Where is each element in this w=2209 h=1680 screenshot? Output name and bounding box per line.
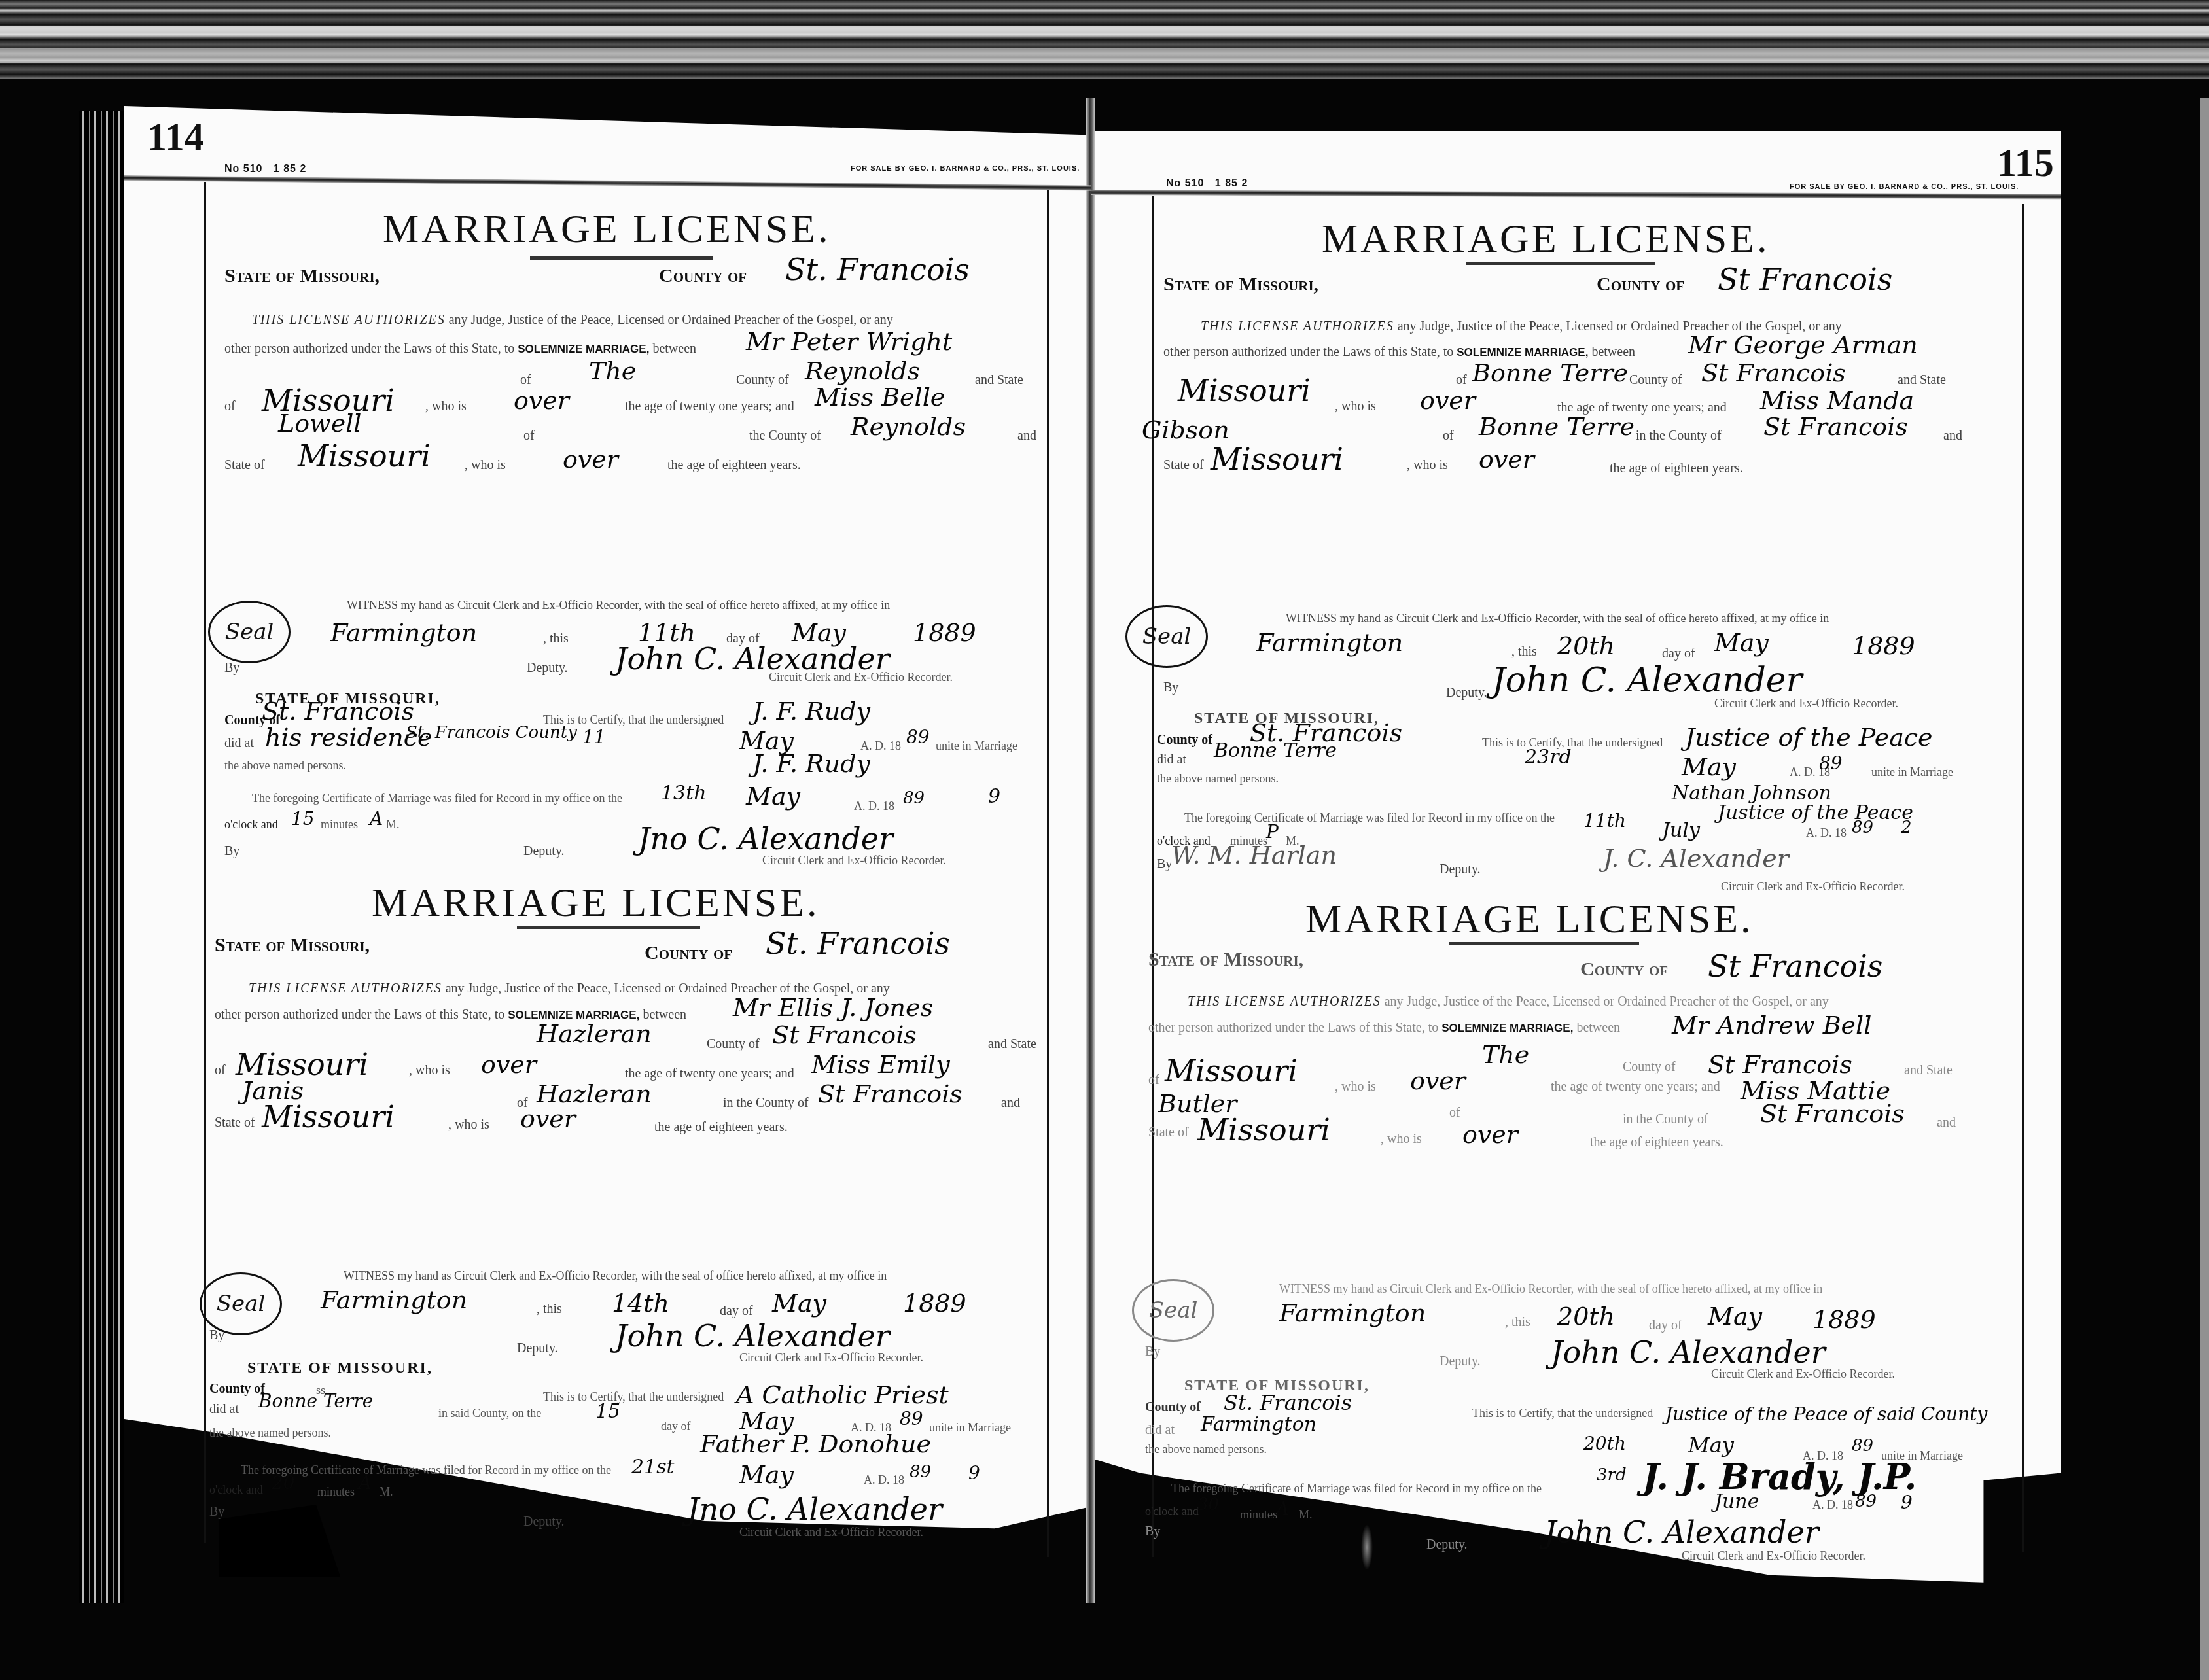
filed-hour: 9: [968, 1462, 980, 1484]
unite-text: unite in Marriage: [936, 739, 1017, 753]
witness-day: 20th: [1557, 631, 1615, 660]
who-is-label: , who is: [465, 458, 506, 473]
cert-county-label: County of: [1157, 733, 1212, 748]
county-label: County of: [645, 942, 732, 964]
cert-text: This is to Certify, that the undersigned: [1472, 1407, 1653, 1420]
bride-state: Missouri: [262, 1099, 395, 1134]
did-at-label: did at: [209, 1402, 239, 1417]
by-label: By: [1145, 1344, 1160, 1359]
deputy-label: Deputy.: [1446, 686, 1487, 701]
ad-label: A. D. 18: [1806, 826, 1847, 840]
deputy-label: Deputy.: [1426, 1537, 1468, 1552]
clerk-title: Circuit Clerk and Ex-Officio Recorder.: [1714, 697, 1898, 710]
m-label: M.: [386, 818, 400, 831]
filed-ampm: A: [359, 1472, 372, 1494]
this-label: , this: [1511, 644, 1537, 659]
form-code: 1 85 2: [1215, 178, 1248, 189]
groom-state: Missouri: [1165, 1053, 1298, 1089]
county-label: County of: [1597, 273, 1684, 296]
county-of-label: in the County of: [1636, 429, 1722, 444]
state-of-label: State of: [224, 458, 265, 473]
filing-clerk-signature: Jno C. Alexander: [638, 821, 893, 856]
ad-label: A. D. 18: [864, 1473, 904, 1487]
filing-clerk-signature: Jno C. Alexander: [687, 1492, 942, 1527]
minutes-label: minutes: [321, 818, 358, 831]
seal-mark: Seal: [1132, 1279, 1214, 1342]
bride-county: Reynolds: [851, 412, 966, 441]
solemnize-line: other person authorized under the Laws o…: [224, 341, 696, 357]
filed-day: 11th: [1583, 810, 1626, 831]
authorizes-intro: THIS LICENSE AUTHORIZES: [1188, 994, 1381, 1009]
form-number-right: No 510 1 85 2: [1166, 178, 1248, 190]
filing-clerk-signature: J. C. Alexander: [1603, 844, 1789, 873]
authorizes-intro: THIS LICENSE AUTHORIZES: [249, 981, 442, 996]
groom-age: over: [1410, 1066, 1466, 1095]
officiant-name: J. F. Rudy: [752, 697, 870, 726]
groom-age: over: [514, 386, 569, 415]
clerk-title: Circuit Clerk and Ex-Officio Recorder.: [739, 1526, 923, 1539]
clerk-title: Circuit Clerk and Ex-Officio Recorder.: [769, 671, 953, 684]
bride-state: Missouri: [1197, 1112, 1330, 1147]
and-label: and: [1001, 1096, 1020, 1111]
county-of-label: County of: [1623, 1060, 1676, 1075]
bride-county: St Francois: [1763, 412, 1908, 441]
groom-town: The: [589, 357, 636, 385]
officiant-signature-title: Justice of the Peace: [1718, 801, 1913, 824]
bride-first-name: Miss Belle: [815, 383, 945, 411]
officiant-title: Justice of the Peace: [1685, 723, 1933, 752]
deputy-label: Deputy.: [517, 1341, 558, 1356]
ceremony-year: 89: [900, 1408, 923, 1429]
page-smudge: [1361, 1524, 1373, 1570]
filed-month: June: [1714, 1490, 1759, 1513]
clerk-title: Circuit Clerk and Ex-Officio Recorder.: [1721, 880, 1905, 894]
witness-text: WITNESS my hand as Circuit Clerk and Ex-…: [1279, 1282, 1822, 1296]
title-underline: [1449, 942, 1639, 945]
of-label: of: [215, 1063, 226, 1078]
who-is-label: , who is: [1407, 458, 1448, 473]
film-band: [0, 48, 2209, 63]
state-label: State of Missouri,: [1163, 273, 1318, 296]
above-named-text: the above named persons.: [209, 1426, 331, 1440]
license-title: MARRIAGE LICENSE.: [372, 880, 820, 926]
witness-month: May: [1714, 628, 1769, 657]
license-title: MARRIAGE LICENSE.: [1322, 216, 1770, 262]
witness-year: 1889: [903, 1289, 966, 1318]
county-of-label: in the County of: [723, 1096, 809, 1111]
bride-age: over: [1479, 445, 1534, 474]
and-state-label: and State: [988, 1037, 1036, 1052]
age-18-text: the age of eighteen years.: [654, 1120, 788, 1135]
oclock-label: o'clock and: [1145, 1505, 1199, 1518]
filed-text: The foregoing Certificate of Marriage wa…: [1184, 811, 1555, 825]
groom-name: Mr Andrew Bell: [1672, 1011, 1871, 1040]
witness-year: 1889: [913, 618, 976, 647]
deputy-label: Deputy.: [527, 661, 568, 676]
deputy-label: Deputy.: [1440, 1354, 1481, 1369]
by-label: By: [1157, 857, 1172, 872]
ceremony-year: 89: [1852, 1436, 1873, 1456]
bride-county: St Francois: [1760, 1099, 1905, 1128]
form-number: No 510: [1166, 178, 1204, 189]
day-of-label: day of: [1649, 1318, 1682, 1333]
groom-name: Mr Ellis J. Jones: [733, 993, 933, 1022]
groom-name: Mr George Arman: [1688, 330, 1918, 359]
deputy-label: Deputy.: [1440, 862, 1481, 877]
filing-clerk-signature: John C. Alexander: [1544, 1514, 1819, 1550]
by-label: By: [1163, 680, 1178, 695]
solemnize-label: SOLEMNIZE MARRIAGE,: [1441, 1022, 1573, 1034]
above-named-text: the above named persons.: [1145, 1443, 1267, 1456]
filed-minutes: 30: [1197, 1495, 1219, 1514]
of-label: of: [1449, 1106, 1460, 1121]
witness-day: 14th: [612, 1289, 669, 1318]
by-label: By: [209, 1505, 224, 1520]
filed-month: May: [739, 1460, 794, 1489]
cert-county-label: County of: [209, 1382, 265, 1397]
ceremony-year: 89: [906, 726, 930, 748]
officiant-title: Justice of the Peace of said County: [1665, 1403, 1987, 1425]
form-number-left: No 510 1 85 2: [224, 164, 306, 175]
groom-county: Reynolds: [805, 357, 920, 385]
and-label: and: [1017, 429, 1036, 444]
oclock-label: o'clock and: [209, 1483, 263, 1497]
deputy-label: Deputy.: [523, 844, 565, 859]
above-named-text: the above named persons.: [1157, 772, 1279, 786]
witness-place: Farmington: [330, 618, 477, 647]
authorizes-intro: THIS LICENSE AUTHORIZES: [252, 313, 446, 327]
other-person-text: other person authorized under the Laws o…: [1163, 345, 1453, 359]
day-of-label: day of: [1662, 646, 1695, 661]
ceremony-day: 15: [595, 1400, 620, 1423]
by-label: By: [224, 844, 239, 859]
between-label: between: [1576, 1021, 1620, 1035]
m-label: M.: [380, 1485, 393, 1499]
witness-year: 1889: [1812, 1305, 1876, 1334]
of-label: of: [1148, 1073, 1159, 1088]
officiant-signature: Father P. Donohue: [700, 1429, 931, 1458]
officiant-title: A Catholic Priest: [736, 1380, 949, 1409]
filed-text: The foregoing Certificate of Marriage wa…: [241, 1463, 611, 1477]
filed-hour: 9: [1901, 1492, 1913, 1513]
county-of-label: County of: [736, 373, 789, 388]
filed-day: 13th: [661, 782, 707, 805]
county-value: St Francois: [1718, 262, 1892, 297]
ceremony-month: May: [1688, 1433, 1734, 1458]
county-label: County of: [659, 265, 747, 287]
authorizes-intro: THIS LICENSE AUTHORIZES: [1201, 319, 1394, 334]
of-label: of: [523, 429, 535, 444]
who-is-label: , who is: [448, 1117, 489, 1132]
page-number-right: 115: [1997, 141, 2054, 186]
age-21-text: the age of twenty one years; and: [1551, 1079, 1720, 1094]
authorizes-line: THIS LICENSE AUTHORIZES any Judge, Justi…: [1188, 994, 1829, 1009]
cert-text: This is to Certify, that the undersigned: [543, 1390, 724, 1404]
between-label: between: [1591, 345, 1635, 359]
county-value: St. Francois: [766, 926, 950, 961]
bride-age: over: [520, 1104, 576, 1133]
form-number: No 510: [224, 164, 262, 175]
witness-place: Farmington: [1279, 1299, 1426, 1327]
by-label: By: [1145, 1524, 1160, 1539]
ceremony-year: 89: [1819, 752, 1843, 774]
witness-place: Farmington: [1256, 628, 1403, 657]
filed-ampm: A: [370, 808, 383, 830]
solemnize-line: other person authorized under the Laws o…: [1148, 1021, 1620, 1036]
bride-county: St Francois: [818, 1079, 963, 1108]
groom-age: over: [481, 1050, 537, 1079]
ad-label: A. D. 18: [854, 799, 894, 813]
did-at-label: did at: [1145, 1423, 1175, 1438]
solemnize-line: other person authorized under the Laws o…: [1163, 345, 1635, 360]
clerk-title: Circuit Clerk and Ex-Officio Recorder.: [739, 1351, 923, 1365]
and-label: and: [1943, 429, 1962, 444]
witness-text: WITNESS my hand as Circuit Clerk and Ex-…: [344, 1269, 887, 1283]
bride-town: Bonne Terre: [1479, 412, 1635, 441]
age-18-text: the age of eighteen years.: [1610, 461, 1743, 476]
seal-mark: Seal: [208, 601, 291, 663]
who-is-label: , who is: [1335, 399, 1376, 414]
of-label: of: [1443, 429, 1454, 444]
filed-month: May: [746, 782, 800, 811]
m-label: M.: [1299, 1508, 1313, 1522]
ad-label: A. D. 18: [1812, 1498, 1853, 1512]
filed-minutes: 15: [291, 808, 315, 830]
clerk-title: Circuit Clerk and Ex-Officio Recorder.: [1682, 1549, 1865, 1563]
groom-town: The: [1482, 1040, 1529, 1069]
ceremony-month: May: [1682, 752, 1736, 781]
other-person-text: other person authorized under the Laws o…: [1148, 1021, 1438, 1035]
witness-text: WITNESS my hand as Circuit Clerk and Ex-…: [1286, 612, 1829, 625]
by-label: By: [209, 1328, 224, 1343]
witness-text: WITNESS my hand as Circuit Clerk and Ex-…: [347, 599, 890, 612]
cert-county: St. Francois: [1224, 1390, 1352, 1415]
who-is-label: , who is: [409, 1063, 450, 1078]
by-label: By: [224, 661, 239, 676]
deputy-label: Deputy.: [523, 1514, 565, 1530]
page-number-left: 114: [147, 114, 204, 160]
county-of-label: County of: [1629, 373, 1682, 388]
ceremony-place: Farmington: [1201, 1413, 1317, 1436]
solemnize-label: SOLEMNIZE MARRIAGE,: [518, 343, 649, 355]
ceremony-place: Bonne Terre: [258, 1390, 373, 1412]
license-title: MARRIAGE LICENSE.: [1305, 896, 1754, 943]
bride-first-name: Miss Emily: [811, 1050, 950, 1079]
seal-mark: Seal: [200, 1272, 282, 1335]
groom-name: Mr Peter Wright: [746, 327, 952, 356]
publisher-credit-right: FOR SALE BY GEO. I. BARNARD & CO., PRS.,…: [1790, 183, 2019, 191]
microfilm-top-border: [0, 0, 2209, 79]
day-of-label: day of: [720, 1304, 753, 1319]
bride-state: Missouri: [1211, 442, 1343, 477]
ceremony-day: 23rd: [1525, 746, 1572, 769]
deputy-signature: W. M. Harlan: [1171, 841, 1337, 869]
bride-first-name: Miss Manda: [1760, 386, 1914, 415]
groom-age: over: [1420, 386, 1476, 415]
groom-county: St Francois: [1708, 1050, 1852, 1079]
groom-county: St Francois: [1701, 359, 1846, 387]
age-18-text: the age of eighteen years.: [1590, 1135, 1723, 1150]
film-band: [0, 26, 2209, 35]
age-21-text: the age of twenty one years; and: [625, 399, 794, 414]
groom-county: St Francois: [772, 1021, 917, 1049]
filed-year: 89: [1855, 1492, 1877, 1511]
of-label: of: [224, 399, 236, 414]
filed-day: 3rd: [1597, 1465, 1627, 1485]
cert-county: St. Francois: [262, 697, 414, 726]
witness-year: 1889: [1852, 631, 1915, 660]
state-of-label: State of: [1148, 1125, 1189, 1140]
ceremony-day: 20th: [1583, 1433, 1626, 1454]
bride-age: over: [563, 445, 618, 474]
filed-month: July: [1662, 819, 1700, 842]
clerk-signature: John C. Alexander: [615, 1318, 890, 1354]
did-at-label: did at: [224, 736, 254, 751]
unite-text: unite in Marriage: [929, 1421, 1011, 1435]
filed-year: 89: [1852, 818, 1873, 837]
other-person-text: other person authorized under the Laws o…: [224, 341, 514, 356]
title-underline: [517, 926, 700, 929]
bride-state: Missouri: [298, 438, 431, 474]
state-of-label: State of: [1163, 458, 1204, 473]
this-label: , this: [537, 1302, 562, 1317]
filed-minutes: 20: [272, 1472, 295, 1494]
filed-hour: 2: [1901, 818, 1912, 837]
oclock-label: o'clock and: [224, 818, 278, 831]
unite-text: unite in Marriage: [1871, 765, 1953, 779]
other-person-text: other person authorized under the Laws o…: [215, 1007, 504, 1022]
title-underline: [530, 256, 713, 260]
adjacent-frame-edge: [2200, 98, 2209, 1680]
state-label: State of Missouri,: [224, 265, 380, 287]
witness-place: Farmington: [321, 1286, 467, 1314]
witness-month: May: [772, 1289, 826, 1318]
minutes-label: minutes: [1240, 1508, 1277, 1522]
this-label: , this: [1505, 1315, 1530, 1330]
filed-day: 21st: [631, 1456, 675, 1479]
filed-text: The foregoing Certificate of Marriage wa…: [252, 792, 622, 805]
book-gutter: [1086, 98, 1095, 1603]
who-is-label: , who is: [425, 399, 467, 414]
clerk-title: Circuit Clerk and Ex-Officio Recorder.: [762, 854, 946, 867]
above-named-text: the above named persons.: [224, 759, 346, 773]
groom-state: Missouri: [1178, 373, 1311, 408]
filed-text: The foregoing Certificate of Marriage wa…: [1171, 1482, 1542, 1496]
between-label: between: [652, 341, 696, 356]
authorizes-line: THIS LICENSE AUTHORIZES any Judge, Justi…: [252, 313, 893, 328]
filed-hour: 9: [988, 785, 1000, 808]
county-value: St. Francois: [785, 252, 970, 287]
groom-town: Bonne Terre: [1472, 359, 1628, 387]
minutes-label: minutes: [317, 1485, 355, 1499]
who-is-label: , who is: [1335, 1079, 1376, 1094]
bride-last-name: Lowell: [278, 409, 361, 438]
day-of-label: day of: [661, 1420, 690, 1433]
form-border-right: [2022, 204, 2024, 1552]
clerk-signature: John C. Alexander: [1551, 1335, 1826, 1370]
filed-year: 89: [903, 788, 925, 808]
filed-year: 89: [910, 1462, 931, 1482]
groom-town: Hazleran: [537, 1019, 652, 1048]
form-code: 1 85 2: [274, 164, 306, 175]
witness-day: 20th: [1557, 1302, 1615, 1331]
page-stain: [219, 1505, 340, 1577]
solemnize-label: SOLEMNIZE MARRIAGE,: [1457, 346, 1588, 359]
authorizes-text: any Judge, Justice of the Peace, License…: [449, 313, 893, 327]
bride-age: over: [1462, 1120, 1518, 1149]
certificate-state: STATE OF MISSOURI,: [247, 1359, 433, 1377]
who-is-label: , who is: [1381, 1132, 1422, 1147]
authorizes-text: any Judge, Justice of the Peace, License…: [1385, 994, 1829, 1009]
state-label: State of Missouri,: [1148, 949, 1303, 971]
county-label: County of: [1580, 958, 1668, 981]
county-value: St Francois: [1708, 949, 1882, 984]
seal-mark: Seal: [1125, 605, 1208, 668]
county-of-label: in the County of: [1623, 1112, 1708, 1127]
filed-ampm: A: [1276, 1498, 1289, 1520]
witness-month: May: [1708, 1302, 1762, 1331]
bride-last-name: Gibson: [1142, 415, 1229, 444]
clerk-signature: John C. Alexander: [1492, 661, 1802, 700]
state-label: State of Missouri,: [215, 934, 370, 956]
and-label: and: [1937, 1115, 1956, 1130]
publisher-credit-left: FOR SALE BY GEO. I. BARNARD & CO., PRS.,…: [851, 165, 1080, 173]
and-state-label: and State: [1904, 1063, 1953, 1078]
this-label: , this: [543, 631, 569, 646]
license-title: MARRIAGE LICENSE.: [383, 206, 831, 253]
officiant-signature: J. F. Rudy: [752, 749, 870, 778]
state-of-label: State of: [215, 1115, 255, 1130]
ceremony-day: 11: [582, 726, 606, 748]
ceremony-place: Bonne Terre: [1214, 739, 1337, 762]
and-state-label: and State: [975, 373, 1023, 388]
form-border-right: [1047, 190, 1049, 1557]
filed-ampm: P: [1266, 821, 1279, 843]
age-18-text: the age of eighteen years.: [667, 458, 801, 473]
cert-text: This is to Certify, that the undersigned: [1482, 736, 1663, 750]
clerk-title: Circuit Clerk and Ex-Officio Recorder.: [1711, 1367, 1895, 1381]
form-border-left: [204, 182, 206, 1543]
cert-county-label: County of: [1145, 1400, 1201, 1415]
in-said-county-text: in said County, on the: [438, 1407, 541, 1420]
ceremony-county: St. Francois County: [406, 723, 577, 743]
did-at-label: did at: [1157, 752, 1186, 767]
title-underline: [1466, 262, 1655, 265]
county-of-label: the County of: [749, 429, 821, 444]
county-of-label: County of: [707, 1037, 760, 1052]
book-page-edges: [79, 111, 124, 1603]
